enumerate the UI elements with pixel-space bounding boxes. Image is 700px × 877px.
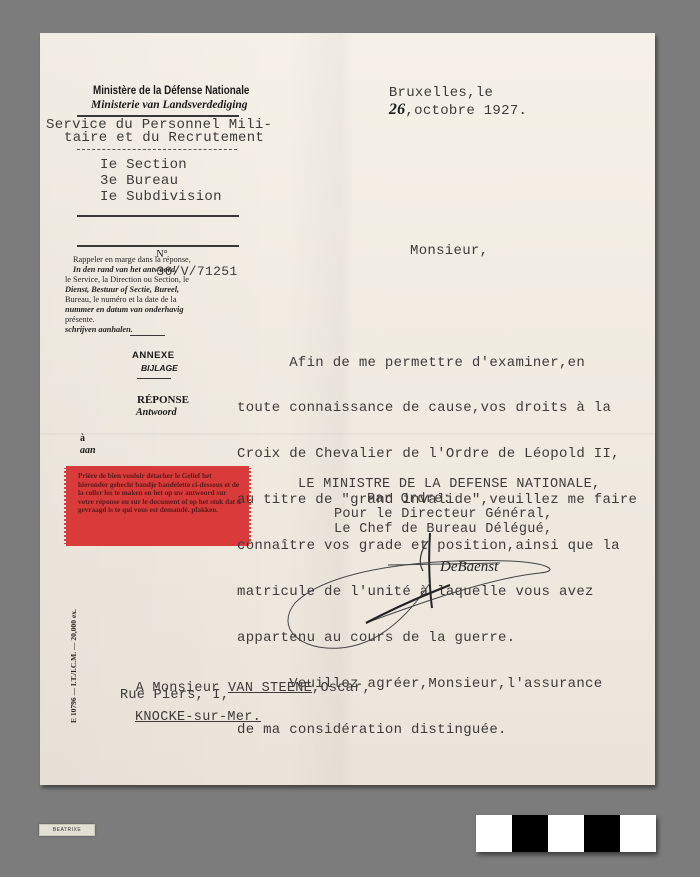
subdivision: Ie Subdivision — [100, 189, 222, 205]
color-scale-strip — [476, 815, 656, 852]
address-line-2: Rue Piers, I, — [120, 688, 229, 703]
handwritten-signature-icon: DeBaenst — [280, 533, 560, 663]
margin-note-line: présente. — [65, 315, 95, 325]
body-line: Afin de me permettre d'examiner,en — [237, 356, 637, 371]
date-suffix: ,octobre 1927. — [405, 103, 527, 119]
signature-directeur: Pour le Directeur Général, — [334, 507, 552, 522]
body-line: toute connaissance de cause,vos droits à… — [237, 401, 637, 416]
margin-note-line: Bureau, le numéro et la date de la — [65, 295, 177, 305]
service-line-2: taire et du Recrutement — [64, 132, 264, 145]
scale-patch-white — [476, 815, 512, 852]
divider — [137, 378, 171, 379]
scale-patch-white — [548, 815, 584, 852]
section: Ie Section — [100, 157, 187, 173]
annexe-label: ANNEXE — [132, 350, 175, 361]
scale-patch-white — [620, 815, 656, 852]
signature-par-ordre: Par Ordre: — [367, 492, 451, 507]
aan-label: aan — [80, 445, 96, 456]
divider — [77, 215, 239, 217]
divider — [77, 245, 239, 247]
printer-imprint: E 10796 — I.T./I.C.M. — 20,000 ex. — [69, 609, 78, 723]
salutation: Monsieur, — [410, 243, 488, 259]
signature-name: DeBaenst — [439, 559, 499, 575]
margin-note-line: nummer en datum van onderhavig — [65, 305, 183, 315]
dashed-divider — [77, 149, 237, 150]
margin-note-line: Rappeler en marge dans la réponse, — [73, 255, 191, 265]
margin-note-line: schrijven aanhalen. — [65, 325, 133, 335]
ministry-title-nl: Ministerie van Landsverdediging — [91, 99, 248, 111]
date-prefix: Bruxelles,le — [389, 85, 493, 101]
margin-note-line: le Service, la Direction ou Section, le — [65, 275, 189, 285]
signature-title: LE MINISTRE DE LA DEFENSE NATIONALE, — [298, 477, 600, 492]
bijlage-label: BIJLAGE — [141, 363, 178, 373]
red-return-label: Prière de bien vouloir détacher le Gelie… — [64, 466, 251, 546]
scale-patch-black — [512, 815, 548, 852]
body-line: de ma considération distinguée. — [237, 723, 637, 738]
recipient-name: VAN STEENE — [228, 681, 312, 696]
body-line: Croix de Chevalier de l'Ordre de Léopold… — [237, 447, 637, 462]
bureau: 3e Bureau — [100, 173, 178, 189]
address-line-3: KNOCKE-sur-Mer. — [135, 710, 261, 725]
a-label: à — [80, 433, 85, 444]
recipient-firstname: ,Oscar, — [312, 681, 371, 696]
archive-tag-label: BEATRIXE — [40, 825, 94, 835]
margin-note-line: In den rand van het antwoord, — [73, 265, 177, 275]
scale-patch-black — [584, 815, 620, 852]
letter-document: Ministère de la Défense Nationale Minist… — [40, 33, 655, 785]
divider — [130, 335, 165, 336]
date-line: Bruxelles,le 26,octobre 1927. — [354, 69, 527, 135]
sticker-text: Prière de bien vouloir détacher le Gelie… — [78, 472, 243, 515]
archive-tag: BEATRIXE — [39, 824, 95, 836]
margin-note-line: Dienst, Bestuur of Sectie, Bureel, — [65, 285, 179, 295]
reponse-label: RÉPONSE — [137, 394, 189, 406]
antwoord-label: Antwoord — [136, 407, 177, 418]
ministry-title-fr: Ministère de la Défense Nationale — [93, 83, 249, 97]
date-day-handwritten: 26 — [389, 101, 406, 118]
